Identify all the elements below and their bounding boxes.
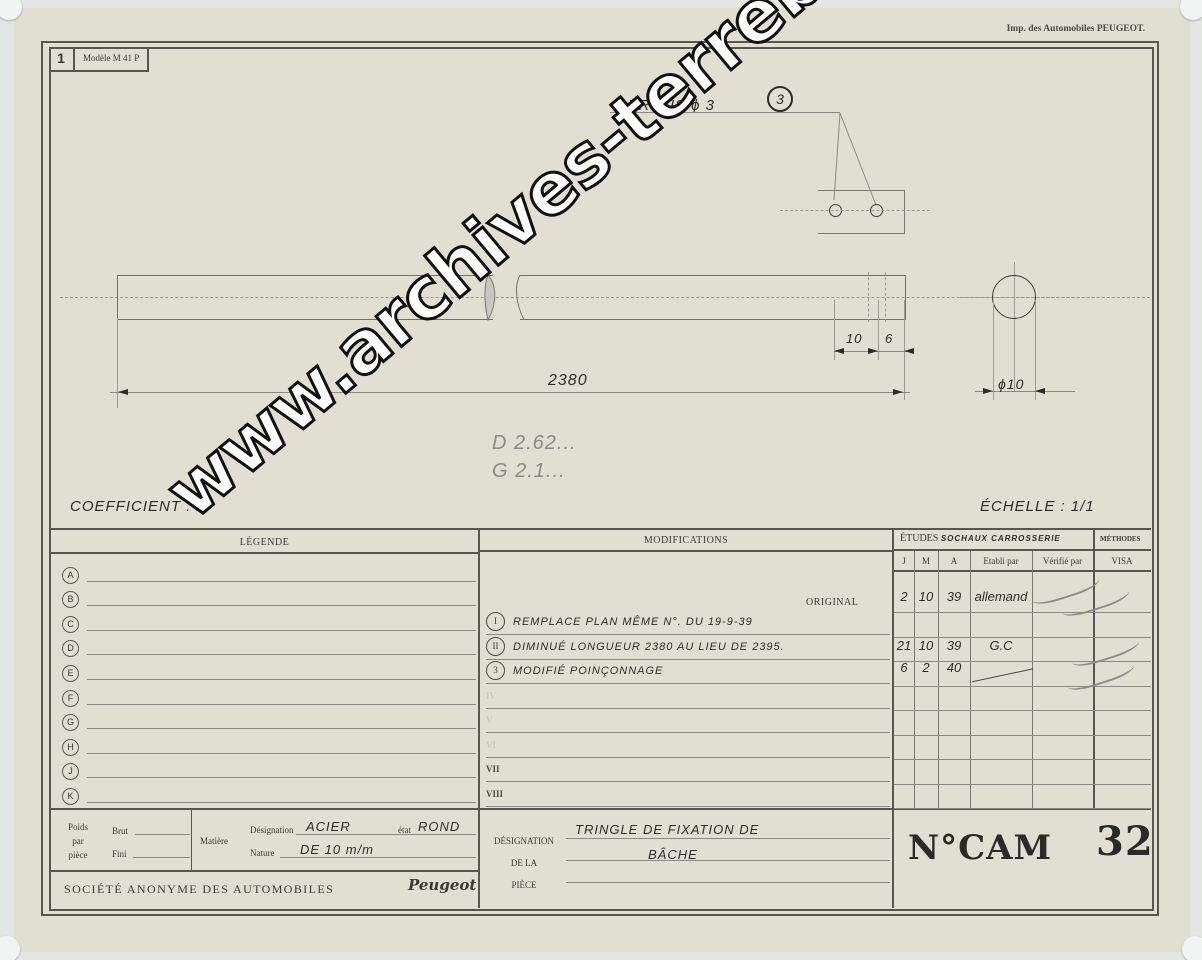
sheet-clip-bottom-right: [1182, 936, 1202, 960]
etudes-row-rule: [894, 661, 1151, 662]
legend-marker: J: [62, 763, 79, 780]
legend-entry-line: [87, 642, 476, 655]
original-label: ORIGINAL: [806, 597, 858, 608]
etudes-cell-j: 2: [894, 589, 914, 604]
divider-legend-modifications: [478, 528, 480, 908]
legend-row: F: [62, 686, 476, 710]
legend-marker: B: [62, 591, 79, 608]
etudes-row-rule: [894, 808, 1151, 809]
legend-entry-line: [87, 692, 476, 705]
material-label: Matière: [200, 836, 228, 846]
company-name: SOCIÉTÉ ANONYME DES AUTOMOBILES: [64, 882, 334, 897]
etudes-cell-a: 39: [938, 638, 970, 653]
etudes-header-rule: [894, 549, 1151, 551]
modification-index: 3: [486, 661, 505, 680]
etudes-cell-m: 2: [914, 660, 938, 675]
divider-part-number: [892, 808, 894, 908]
legend-marker: C: [62, 616, 79, 633]
etudes-cell-etabli: G.C: [970, 638, 1032, 653]
arrow-icon: [904, 348, 914, 354]
modification-text: MODIFIÉ POINÇONNAGE: [513, 665, 663, 677]
nature-label: Nature: [250, 848, 275, 858]
etudes-cell-m: 10: [914, 589, 938, 604]
sheet-number: 1: [49, 47, 75, 70]
modification-index: II: [486, 637, 505, 656]
modification-row: VII: [486, 759, 890, 782]
part-number: 32: [1096, 818, 1154, 865]
etudes-column-header: Etabli par: [970, 556, 1032, 566]
designation-label: Désignation: [250, 825, 294, 835]
scale: ÉCHELLE : 1/1: [980, 498, 1095, 515]
dim-hole-spacing: 10: [846, 331, 862, 346]
etudes-row-rule: [894, 784, 1151, 785]
legend-entry-line: [87, 790, 476, 803]
legend-row: C: [62, 612, 476, 636]
modification-row: 3MODIFIÉ POINÇONNAGE: [486, 661, 890, 684]
legend-entry-line: [87, 741, 476, 754]
rod-section-icon: [992, 275, 1036, 319]
etudes-cell-j: 6: [894, 660, 914, 675]
company-brand-logo: Peugeot: [408, 876, 476, 894]
etudes-column-header: A: [938, 556, 970, 566]
rod-right-segment: [520, 275, 906, 320]
model-box: 1 Modèle M 41 P: [49, 47, 149, 72]
etudes-cell-a: 39: [938, 589, 970, 604]
etudes-row-rule: [894, 637, 1151, 638]
hole-mark: [885, 272, 886, 322]
nature-field: [280, 857, 476, 858]
legend-row: K: [62, 784, 476, 808]
title-block-top-border: [51, 528, 1151, 530]
modification-index: I: [486, 612, 505, 631]
dim-line-total: [110, 392, 910, 393]
legend-entry-line: [87, 667, 476, 680]
etudes-label: ÉTUDES: [900, 533, 938, 544]
label-line-2: DE LA: [484, 852, 564, 874]
legend-entry-line: [87, 569, 476, 582]
modification-index: VII: [486, 764, 510, 774]
modification-row: V: [486, 710, 890, 733]
detail-centerline: [780, 210, 930, 211]
legend-entry-line: [87, 716, 476, 729]
modifications-header-rule: [480, 550, 892, 552]
designation-value: ACIER: [306, 819, 351, 834]
etudes-cell-etabli: allemand: [970, 589, 1032, 604]
etudes-column-header: VISA: [1093, 556, 1151, 566]
etudes-cell-j: 21: [894, 638, 914, 653]
legend-marker: A: [62, 567, 79, 584]
etudes-columns-rule: [894, 570, 1151, 572]
legend-row: A: [62, 563, 476, 587]
printer-credit: Imp. des Automobiles PEUGEOT.: [1007, 24, 1145, 34]
extension-line: [1035, 300, 1036, 400]
etudes-column-header: J: [894, 556, 914, 566]
revision-number: 3: [776, 91, 784, 107]
legend-marker: F: [62, 690, 79, 707]
hole-note-revision-marker: 3: [767, 86, 793, 112]
modification-index: V: [486, 715, 510, 725]
etudes-column-header: Vérifié par: [1032, 556, 1093, 566]
legend-row: G: [62, 711, 476, 735]
modification-row: IV: [486, 686, 890, 709]
arrow-icon: [893, 389, 903, 395]
modification-index: VIII: [486, 789, 510, 799]
modifications-header: MODIFICATIONS: [480, 535, 892, 546]
etudes-row-rule: [894, 759, 1151, 760]
legend-entry-line: [87, 593, 476, 606]
etudes-row-rule: [894, 735, 1151, 736]
divider-weight-material: [191, 810, 192, 870]
modification-row: IIDIMINUÉ LONGUEUR 2380 AU LIEU DE 2395.: [486, 637, 890, 660]
fini-field: [133, 857, 190, 858]
legend-row: D: [62, 637, 476, 661]
legend-row: E: [62, 661, 476, 685]
etudes-row-rule: [894, 612, 1151, 613]
etudes-column-header: M: [914, 556, 938, 566]
part-name-line-1: TRINGLE DE FIXATION DE: [575, 822, 759, 837]
brut-label: Brut: [112, 826, 128, 836]
designation-rule: [566, 860, 890, 861]
modification-index: IV: [486, 691, 510, 701]
designation-field: [296, 834, 476, 835]
legend-marker: G: [62, 714, 79, 731]
modification-index: VI: [486, 740, 510, 750]
arrow-icon: [1035, 388, 1045, 394]
arrow-icon: [834, 348, 844, 354]
pencil-note-1: D 2.62...: [492, 432, 577, 455]
etudes-cell-m: 10: [914, 638, 938, 653]
fini-label: Fini: [112, 849, 127, 859]
modification-row: VIII: [486, 784, 890, 807]
pencil-note-2: G 2.1...: [492, 460, 566, 483]
designation-rule: [566, 882, 890, 883]
part-number-prefix: N°CAM: [908, 828, 1052, 868]
modification-row: IREMPLACE PLAN MÊME N°. DU 19-9-39: [486, 612, 890, 635]
label-line-1: DÉSIGNATION: [484, 830, 564, 852]
etat-value: ROND: [418, 819, 460, 834]
arrow-icon: [983, 388, 993, 394]
weight-label: Poidsparpièce: [58, 820, 98, 862]
legend-header: LÉGENDE: [51, 537, 478, 548]
legend-row: H: [62, 735, 476, 759]
modification-row: VI: [486, 735, 890, 758]
extension-line: [993, 300, 994, 400]
etudes-row-rule: [894, 710, 1151, 711]
nature-value: DE 10 m/m: [300, 842, 374, 857]
modification-text: DIMINUÉ LONGUEUR 2380 AU LIEU DE 2395.: [513, 641, 785, 653]
arrow-icon: [118, 389, 128, 395]
dim-hole-offset: 6: [885, 331, 893, 346]
legend-row: J: [62, 760, 476, 784]
legend-row: B: [62, 588, 476, 612]
arrow-icon: [868, 348, 878, 354]
col-divider: [1032, 551, 1033, 808]
etudes-department: SOCHAUX CARROSSERIE: [941, 534, 1061, 543]
modification-text: REMPLACE PLAN MÊME N°. DU 19-9-39: [513, 616, 753, 628]
etudes-cell-a: 40: [938, 660, 970, 675]
dim-total-length: 2380: [548, 372, 588, 390]
legend-header-rule: [51, 552, 478, 554]
dim-diameter: ϕ10: [998, 376, 1024, 392]
label-line-3: PIÈCE: [484, 874, 564, 896]
etudes-row-rule: [894, 686, 1151, 687]
hole-mark: [868, 272, 869, 322]
legend-entry-line: [87, 765, 476, 778]
brut-field: [135, 834, 190, 835]
legend-marker: D: [62, 640, 79, 657]
legend-marker: H: [62, 739, 79, 756]
legend-marker: E: [62, 665, 79, 682]
etudes-header: ÉTUDES SOCHAUX CARROSSERIE: [900, 533, 1061, 544]
model-label: Modèle M 41 P: [75, 47, 147, 70]
designation-rule: [566, 838, 890, 839]
company-divider: [51, 870, 478, 872]
legend-entry-line: [87, 618, 476, 631]
legend-marker: K: [62, 788, 79, 805]
section-centerline: [960, 297, 1150, 298]
methodes-header: MÉTHODES: [1100, 535, 1140, 543]
part-designation-label: DÉSIGNATION DE LA PIÈCE: [484, 830, 564, 896]
